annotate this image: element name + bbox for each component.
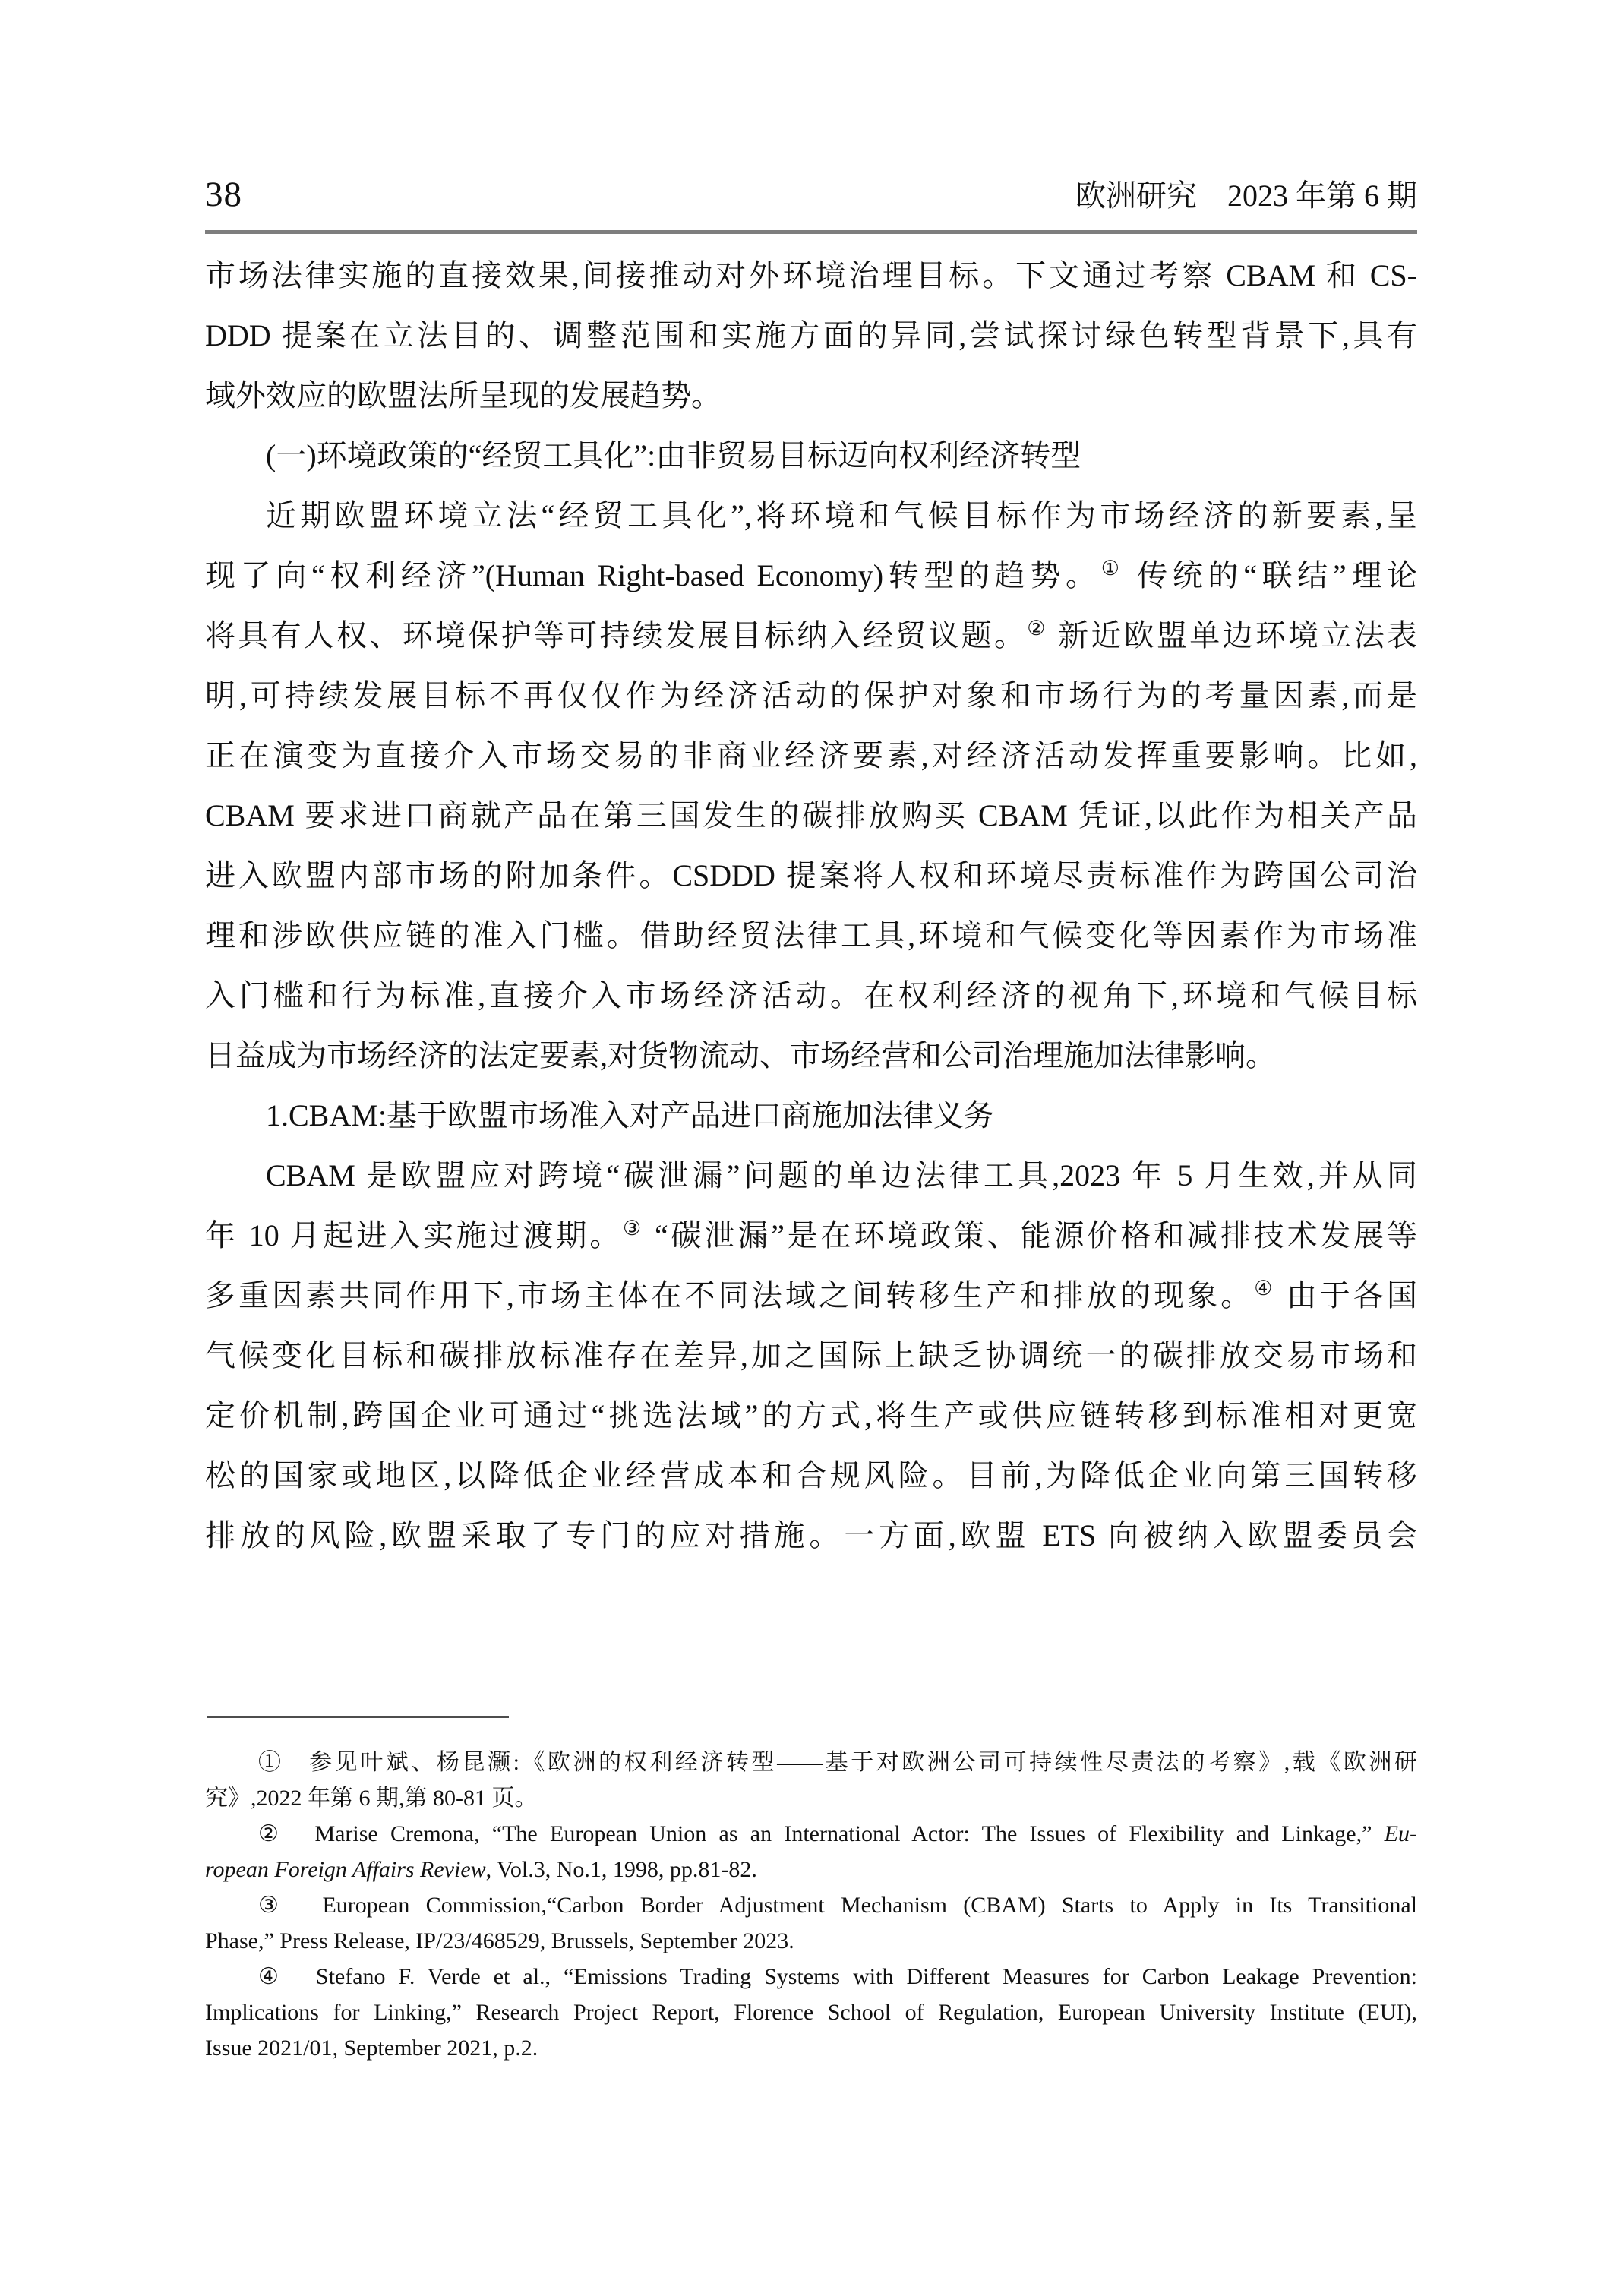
body-line: 年 10 月起进入实施过渡期。③ “碳泄漏”是在环境政策、能源价格和减排技术发展… [205,1205,1417,1265]
footnote-journal-italic: Eu- [1385,1821,1417,1846]
body-line: DDD 提案在立法目的、调整范围和实施方面的异同,尝试探讨绿色转型背景下,具有 [205,305,1417,365]
footnote-journal-italic: ropean Foreign Affairs Review [205,1857,486,1882]
header-rule [205,230,1417,234]
journal-page: 38 欧洲研究 2023 年第 6 期 市场法律实施的直接效果,间接推动对外环境… [0,0,1623,2296]
body-line: 气候变化目标和碳排放标准存在差异,加之国际上缺乏协调统一的碳排放交易市场和 [205,1325,1417,1385]
article-body: 市场法律实施的直接效果,间接推动对外环境治理目标。下文通过考察 CBAM 和 C… [205,245,1417,1565]
running-head: 38 欧洲研究 2023 年第 6 期 [205,177,1417,213]
body-line: 定价机制,跨国企业可通过“挑选法域”的方式,将生产或供应链转移到标准相对更宽 [205,1385,1417,1445]
footnote-line: ② Marise Cremona, “The European Union as… [205,1816,1417,1852]
body-line: 近期欧盟环境立法“经贸工具化”,将环境和气候目标作为市场经济的新要素,呈 [205,485,1417,545]
citation-marker: ② [1027,617,1048,640]
page-number: 38 [205,177,242,213]
body-line: 域外效应的欧盟法所呈现的发展趋势。 [205,365,1417,425]
citation-marker: ④ [1254,1277,1275,1300]
body-line: 正在演变为直接介入市场交易的非商业经济要素,对经济活动发挥重要影响。比如, [205,725,1417,785]
section-heading: (一)环境政策的“经贸工具化”:由非贸易目标迈向权利经济转型 [205,425,1417,485]
footnote-line: Implications for Linking,” Research Proj… [205,1994,1417,2030]
body-line: 入门槛和行为标准,直接介入市场经济活动。在权利经济的视角下,环境和气候目标 [205,965,1417,1025]
body-line: 理和涉欧供应链的准入门槛。借助经贸法律工具,环境和气候变化等因素作为市场准 [205,905,1417,965]
body-line: CBAM 要求进口商就产品在第三国发生的碳排放购买 CBAM 凭证,以此作为相关… [205,785,1417,845]
body-line: 明,可持续发展目标不再仅仅作为经济活动的保护对象和市场行为的考量因素,而是 [205,665,1417,725]
body-line: 现了向“权利经济”(Human Right-based Economy)转型的趋… [205,545,1417,605]
body-line: 进入欧盟内部市场的附加条件。CSDDD 提案将人权和环境尽责标准作为跨国公司治 [205,845,1417,905]
footnotes: ① 参见叶斌、杨昆灏:《欧洲的权利经济转型——基于对欧洲公司可持续性尽责法的考察… [205,1745,1417,2066]
journal-issue-label: 欧洲研究 2023 年第 6 期 [1075,181,1417,211]
footnote-line: Issue 2021/01, September 2021, p.2. [205,2030,1417,2066]
citation-marker: ③ [623,1217,644,1240]
body-line: 市场法律实施的直接效果,间接推动对外环境治理目标。下文通过考察 CBAM 和 C… [205,245,1417,305]
body-line: 多重因素共同作用下,市场主体在不同法域之间转移生产和排放的现象。④ 由于各国 [205,1265,1417,1325]
footnote-line: 究》,2022 年第 6 期,第 80-81 页。 [205,1780,1417,1816]
body-line: 将具有人权、环境保护等可持续发展目标纳入经贸议题。② 新近欧盟单边环境立法表 [205,605,1417,665]
body-line: 日益成为市场经济的法定要素,对货物流动、市场经营和公司治理施加法律影响。 [205,1025,1417,1085]
subsection-heading: 1.CBAM:基于欧盟市场准入对产品进口商施加法律义务 [205,1085,1417,1145]
body-line: 排放的风险,欧盟采取了专门的应对措施。一方面,欧盟 ETS 向被纳入欧盟委员会 [205,1505,1417,1565]
body-line: CBAM 是欧盟应对跨境“碳泄漏”问题的单边法律工具,2023 年 5 月生效,… [205,1145,1417,1205]
footnote-line: ④ Stefano F. Verde et al., “Emissions Tr… [205,1959,1417,1994]
footnote-line: ropean Foreign Affairs Review, Vol.3, No… [205,1852,1417,1887]
footnote-line: Phase,” Press Release, IP/23/468529, Bru… [205,1923,1417,1959]
footnote-line: ③ European Commission,“Carbon Border Adj… [205,1887,1417,1923]
footnote-text: , Vol.3, No.1, 1998, pp.81-82. [486,1857,757,1882]
footnote-line: ① 参见叶斌、杨昆灏:《欧洲的权利经济转型——基于对欧洲公司可持续性尽责法的考察… [205,1745,1417,1780]
body-line: 松的国家或地区,以降低企业经营成本和合规风险。目前,为降低企业向第三国转移 [205,1445,1417,1505]
footnote-text: ② Marise Cremona, “The European Union as… [258,1821,1385,1846]
footnote-divider [207,1716,509,1718]
citation-marker: ① [1101,557,1125,580]
